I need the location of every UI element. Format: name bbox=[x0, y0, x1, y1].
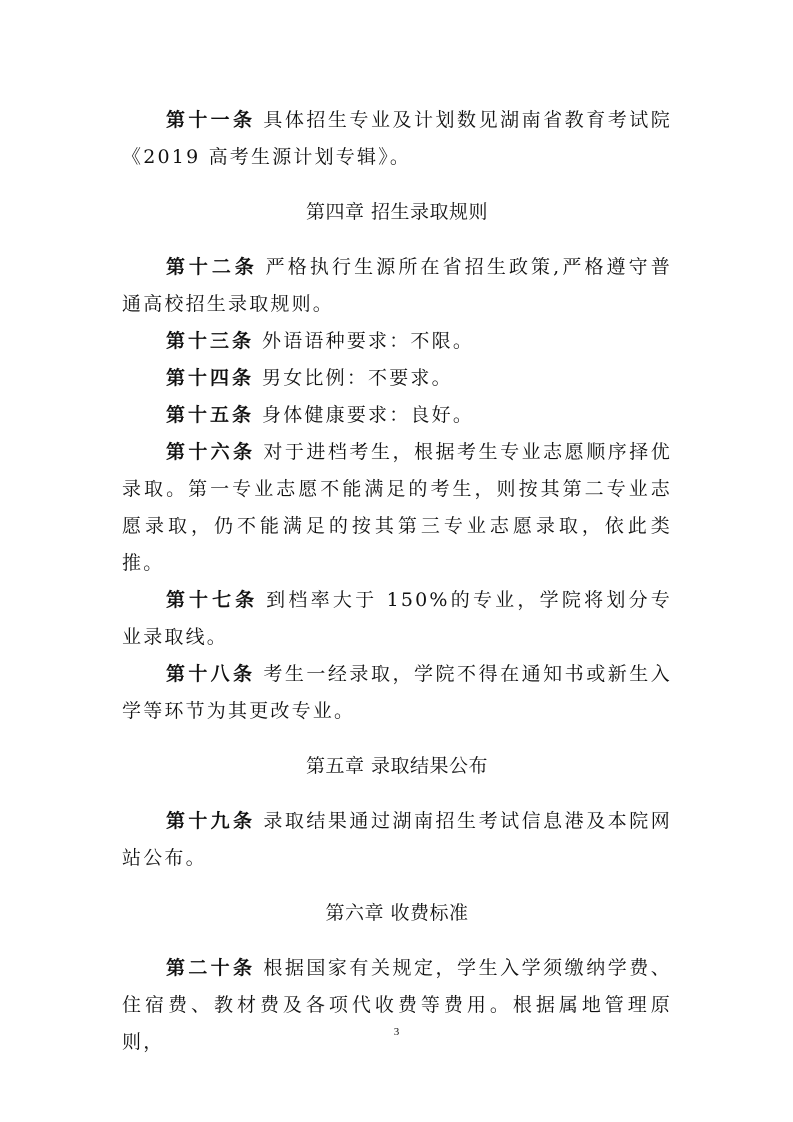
article-label: 第十五条 bbox=[166, 404, 254, 426]
article-text: 男女比例：不要求。 bbox=[262, 367, 453, 389]
article-label: 第十四条 bbox=[166, 367, 254, 389]
article-13: 第十三条外语语种要求：不限。 bbox=[122, 323, 672, 360]
article-18: 第十八条考生一经录取，学院不得在通知书或新生入学等环节为其更改专业。 bbox=[122, 656, 672, 730]
article-label: 第十二条 bbox=[166, 256, 258, 278]
article-15: 第十五条身体健康要求：良好。 bbox=[122, 397, 672, 434]
article-text: 身体健康要求：良好。 bbox=[262, 404, 474, 426]
chapter-heading-5: 第五章 录取结果公布 bbox=[122, 748, 672, 785]
article-label: 第十九条 bbox=[166, 810, 255, 832]
chapter-heading-4: 第四章 招生录取规则 bbox=[122, 194, 672, 231]
article-12: 第十二条严格执行生源所在省招生政策,严格遵守普通高校招生录取规则。 bbox=[122, 249, 672, 323]
article-16: 第十六条对于进档考生，根据考生专业志愿顺序择优录取。第一专业志愿不能满足的考生，… bbox=[122, 434, 672, 582]
article-label: 第十八条 bbox=[166, 663, 255, 685]
article-label: 第十七条 bbox=[166, 589, 258, 611]
document-page: 第十一条具体招生专业及计划数见湖南省教育考试院《2019 高考生源计划专辑》。 … bbox=[122, 102, 672, 1061]
article-17: 第十七条到档率大于 150%的专业，学院将划分专业录取线。 bbox=[122, 582, 672, 656]
article-text: 外语语种要求：不限。 bbox=[262, 330, 474, 352]
article-label: 第十六条 bbox=[166, 441, 255, 463]
article-label: 第十三条 bbox=[166, 330, 254, 352]
article-14: 第十四条男女比例：不要求。 bbox=[122, 360, 672, 397]
article-label: 第二十条 bbox=[166, 957, 255, 979]
page-number: 3 bbox=[0, 1026, 793, 1038]
article-label: 第十一条 bbox=[166, 109, 255, 131]
article-20: 第二十条根据国家有关规定，学生入学须缴纳学费、住宿费、教材费及各项代收费等费用。… bbox=[122, 950, 672, 1061]
article-19: 第十九条录取结果通过湖南招生考试信息港及本院网站公布。 bbox=[122, 803, 672, 877]
chapter-heading-6: 第六章 收费标准 bbox=[122, 895, 672, 932]
article-11: 第十一条具体招生专业及计划数见湖南省教育考试院《2019 高考生源计划专辑》。 bbox=[122, 102, 672, 176]
